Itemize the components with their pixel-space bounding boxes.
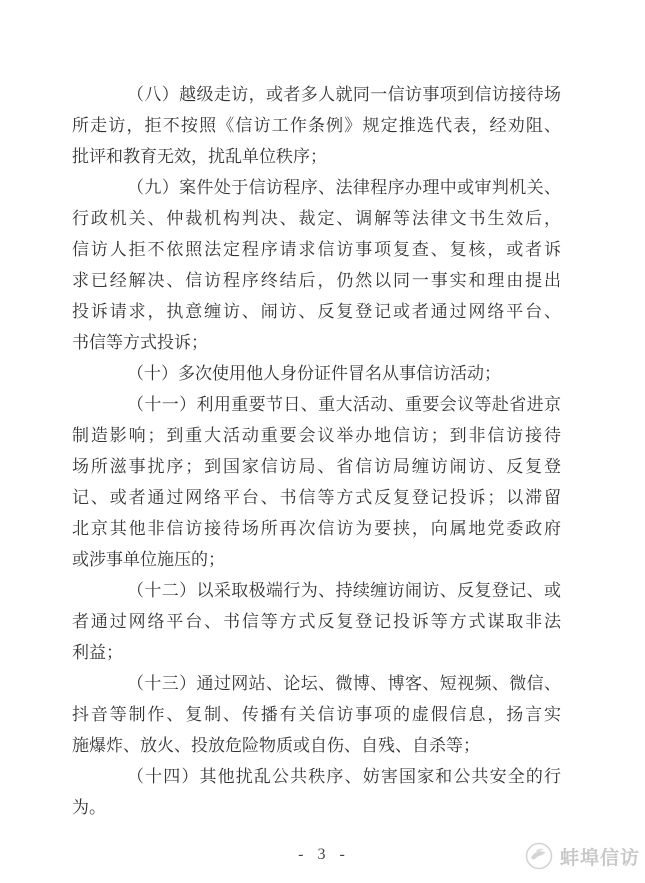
text-line: （十三）通过网站、论坛、微博、博客、短视频、微信、: [72, 668, 561, 699]
watermark: 蚌埠信访: [524, 841, 640, 871]
text-line: 为。: [72, 792, 561, 823]
text-line: 投诉请求，执意缠访、闹访、反复登记或者通过网络平台、: [72, 296, 561, 327]
text-line: 行政机关、仲裁机构判决、裁定、调解等法律文书生效后，: [72, 203, 561, 234]
document-page: （八）越级走访，或者多人就同一信访事项到信访接待场所走访，拒不按照《信访工作条例…: [0, 0, 645, 883]
text-line: 抖音等制作、复制、传播有关信访事项的虚假信息，扬言实: [72, 699, 561, 730]
text-line: （十一）利用重要节日、重大活动、重要会议等赴省进京: [72, 389, 561, 420]
text-line: 施爆炸、放火、投放危险物质或自伤、自残、自杀等；: [72, 730, 561, 761]
text-line: 书信等方式投诉；: [72, 327, 561, 358]
text-line: 制造影响；到重大活动重要会议举办地信访；到非信访接待: [72, 420, 561, 451]
dove-circle-logo-icon: [524, 841, 554, 871]
text-line: 记、或者通过网络平台、书信等方式反复登记投诉；以滞留: [72, 482, 561, 513]
text-line: 利益；: [72, 637, 561, 668]
document-body: （八）越级走访，或者多人就同一信访事项到信访接待场所走访，拒不按照《信访工作条例…: [72, 79, 561, 823]
text-line: （十）多次使用他人身份证件冒名从事信访活动；: [72, 358, 561, 389]
watermark-text: 蚌埠信访: [560, 843, 640, 870]
text-line: （十四）其他扰乱公共秩序、妨害国家和公共安全的行: [72, 761, 561, 792]
text-line: 批评和教育无效，扰乱单位秩序；: [72, 141, 561, 172]
text-line: 北京其他非信访接待场所再次信访为要挟，向属地党委政府: [72, 513, 561, 544]
text-line: 求已经解决、信访程序终结后，仍然以同一事实和理由提出: [72, 265, 561, 296]
text-line: （十二）以采取极端行为、持续缠访闹访、反复登记、或: [72, 575, 561, 606]
text-line: 信访人拒不依照法定程序请求信访事项复查、复核，或者诉: [72, 234, 561, 265]
text-line: （八）越级走访，或者多人就同一信访事项到信访接待场: [72, 79, 561, 110]
text-line: （九）案件处于信访程序、法律程序办理中或审判机关、: [72, 172, 561, 203]
text-line: 所走访，拒不按照《信访工作条例》规定推选代表，经劝阻、: [72, 110, 561, 141]
text-line: 者通过网络平台、书信等方式反复登记投诉等方式谋取非法: [72, 606, 561, 637]
text-line: 场所滋事扰序；到国家信访局、省信访局缠访闹访、反复登: [72, 451, 561, 482]
text-line: 或涉事单位施压的；: [72, 544, 561, 575]
